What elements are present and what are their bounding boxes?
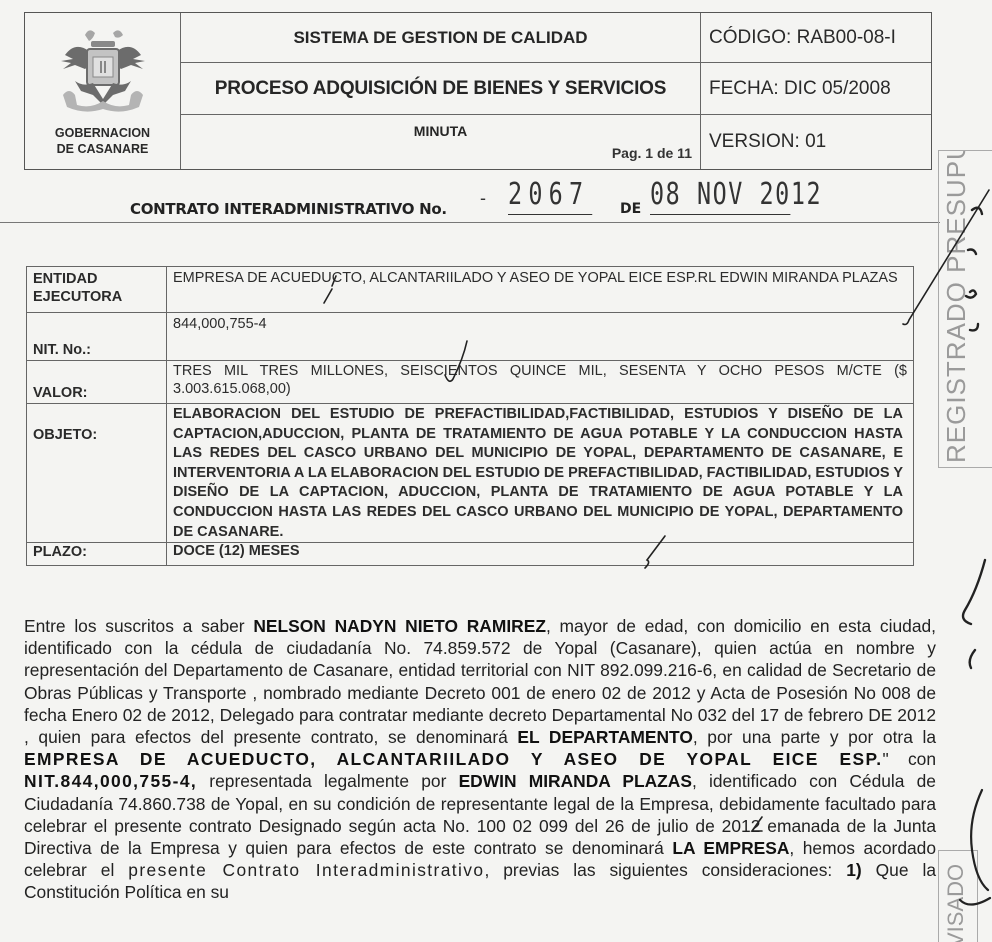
table-row-plazo: PLAZO: DOCE (12) MESES bbox=[27, 543, 914, 566]
stamp-text: VISADO bbox=[943, 864, 969, 942]
text-run: representada legalmente por bbox=[197, 771, 458, 791]
objeto-value: ELABORACION DEL ESTUDIO DE PREFACTIBILID… bbox=[167, 404, 914, 543]
entidad-value: EMPRESA DE ACUEDUCTO, ALCANTARIILADO Y A… bbox=[167, 267, 914, 313]
bold-text: EMPRESA DE ACUEDUCTO, ALCANTARIILADO Y A… bbox=[24, 749, 882, 769]
system-title: SISTEMA DE GESTION DE CALIDAD bbox=[181, 13, 701, 63]
bold-text: 1) bbox=[846, 860, 861, 880]
text-run: Entre los suscritos a saber bbox=[24, 616, 253, 636]
bold-text: EL DEPARTAMENTO bbox=[517, 727, 692, 747]
contract-title: CONTRATO INTERADMINISTRATIVO No. - 2067 … bbox=[0, 178, 940, 223]
text-run: presente Contrato Interadministrativo bbox=[128, 860, 484, 880]
budget-registered-stamp: REGISTRADO PRESUPUESTO bbox=[938, 150, 992, 468]
organization-line-2: DE CASANARE bbox=[55, 141, 150, 157]
document-type-cell: MINUTA Pag. 1 de 11 bbox=[181, 115, 701, 169]
contract-dash: - bbox=[480, 188, 486, 209]
contract-date: 08 NOV 2012 bbox=[650, 176, 790, 215]
contract-body-paragraph: Entre los suscritos a saber NELSON NADYN… bbox=[24, 615, 936, 904]
coat-of-arms-icon bbox=[55, 25, 151, 117]
row-label: VALOR: bbox=[27, 361, 167, 404]
text-run: , por una parte y por otra la bbox=[693, 727, 936, 747]
bold-text: NIT.844,000,755-4, bbox=[24, 771, 197, 791]
logo-cell: GOBERNACION DE CASANARE bbox=[25, 13, 181, 169]
row-label: PLAZO: bbox=[27, 543, 167, 566]
document-date: FECHA: DIC 05/2008 bbox=[701, 63, 931, 115]
bold-text: EDWIN MIRANDA PLAZAS bbox=[459, 771, 692, 791]
organization-name: GOBERNACION DE CASANARE bbox=[55, 125, 150, 157]
row-label: ENTIDAD EJECUTORA bbox=[27, 267, 167, 313]
reviewed-stamp: VISADO bbox=[938, 850, 978, 942]
label-line: EJECUTORA bbox=[33, 288, 160, 306]
document-version: VERSION: 01 bbox=[701, 115, 931, 169]
contract-label: CONTRATO INTERADMINISTRATIVO No. bbox=[130, 200, 447, 218]
signature-icon bbox=[963, 560, 985, 668]
table-row-valor: VALOR: TRES MIL TRES MILLONES, SEISCIENT… bbox=[27, 361, 914, 404]
label-line: ENTIDAD bbox=[33, 270, 160, 288]
nit-value: 844,000,755-4 bbox=[167, 313, 914, 361]
text-run: , previas las siguientes consideraciones… bbox=[484, 860, 846, 880]
bold-text: LA EMPRESA bbox=[672, 838, 789, 858]
organization-line-1: GOBERNACION bbox=[55, 125, 150, 141]
plazo-value: DOCE (12) MESES bbox=[167, 543, 914, 566]
document-header: GOBERNACION DE CASANARE SISTEMA DE GESTI… bbox=[24, 12, 932, 170]
contract-details-table: ENTIDAD EJECUTORA EMPRESA DE ACUEDUCTO, … bbox=[26, 266, 914, 566]
row-label: OBJETO: bbox=[27, 404, 167, 543]
bold-text: NELSON NADYN NIETO RAMIREZ bbox=[253, 616, 546, 636]
contract-de: DE bbox=[620, 201, 641, 217]
valor-value: TRES MIL TRES MILLONES, SEISCIENTOS QUIN… bbox=[167, 361, 914, 404]
process-title: PROCESO ADQUISICIÓN DE BIENES Y SERVICIO… bbox=[181, 63, 701, 115]
stamp-text: REGISTRADO PRESUPUESTO bbox=[941, 150, 972, 463]
page-number: Pag. 1 de 11 bbox=[612, 145, 692, 161]
table-row-entidad: ENTIDAD EJECUTORA EMPRESA DE ACUEDUCTO, … bbox=[27, 267, 914, 313]
document-code: CÓDIGO: RAB00-08-I bbox=[701, 13, 931, 63]
contract-number: 2067 bbox=[508, 176, 592, 215]
table-row-objeto: OBJETO: ELABORACION DEL ESTUDIO DE PREFA… bbox=[27, 404, 914, 543]
row-label: NIT. No.: bbox=[27, 313, 167, 361]
text-run: " con bbox=[882, 749, 936, 769]
document-type: MINUTA bbox=[181, 123, 700, 139]
table-row-nit: NIT. No.: 844,000,755-4 bbox=[27, 313, 914, 361]
